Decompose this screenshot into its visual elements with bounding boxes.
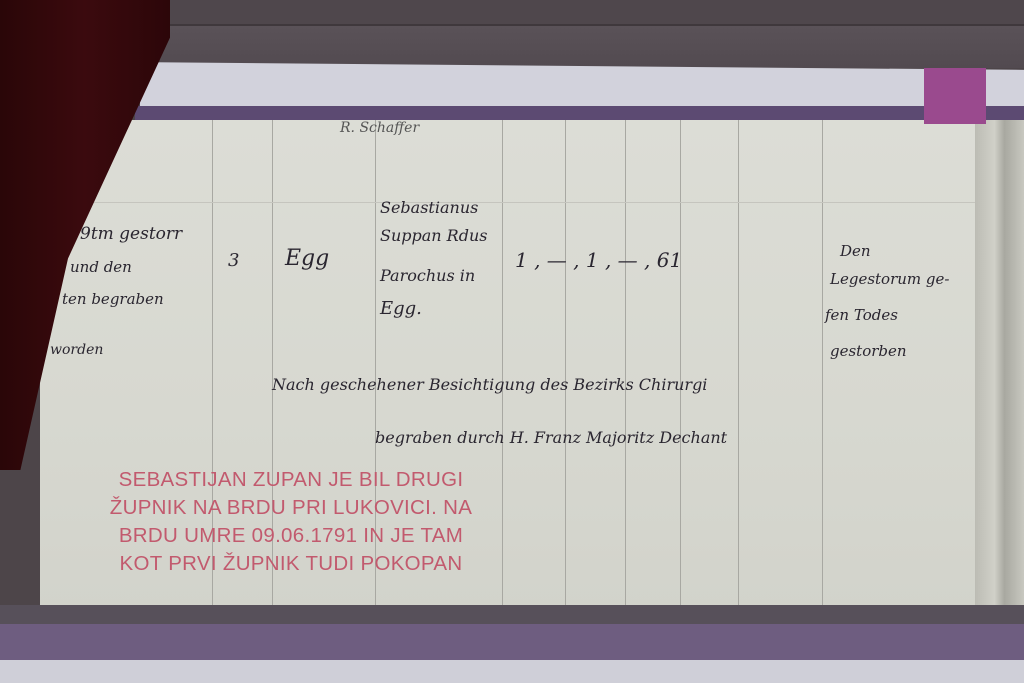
caption-line-1: SEBASTIJAN ZUPAN JE BIL DRUGI bbox=[44, 466, 538, 494]
slide-header-band bbox=[135, 106, 1024, 120]
name-line-1: Sebastianus bbox=[380, 198, 478, 217]
column-rule bbox=[680, 120, 681, 612]
column-rule bbox=[738, 120, 739, 612]
remarks-line-1: Den bbox=[840, 242, 871, 260]
column-rule bbox=[625, 120, 626, 612]
row-rule bbox=[40, 202, 995, 203]
name-line-3: Parochus in bbox=[380, 266, 475, 285]
caption-line-4: KOT PRVI ŽUPNIK TUDI POKOPAN bbox=[44, 550, 538, 578]
tally-marks: 1 , — , 1 , — , 61 bbox=[515, 248, 682, 272]
left-line-4: worden bbox=[50, 342, 103, 358]
slide-footer-band bbox=[0, 624, 1024, 662]
left-line-2: und den bbox=[70, 258, 132, 276]
wall-band bbox=[160, 24, 1024, 68]
name-line-4: Egg. bbox=[380, 298, 422, 319]
remarks-line-4: gestorben bbox=[830, 342, 907, 360]
note-line-1: Nach geschehener Besichtigung des Bezirk… bbox=[272, 375, 707, 394]
slide-footer-strip bbox=[0, 660, 1024, 683]
left-line-1: 9tm gestorr bbox=[80, 224, 182, 244]
caption-line-3: BRDU UMRE 09.06.1791 IN JE TAM bbox=[44, 522, 538, 550]
left-line-3: ten begraben bbox=[62, 290, 164, 308]
top-fragment: R. Schaffer bbox=[340, 120, 419, 136]
note-line-2: begraben durch H. Franz Majoritz Dechant bbox=[375, 428, 727, 447]
place-name: Egg bbox=[285, 246, 329, 271]
column-rule bbox=[565, 120, 566, 612]
caption-line-2: ŽUPNIK NA BRDU PRI LUKOVICI. NA bbox=[44, 494, 538, 522]
remarks-line-2: Legestorum ge- bbox=[830, 270, 949, 288]
number-mark: 3 bbox=[228, 250, 239, 271]
remarks-line-3: fen Todes bbox=[825, 306, 898, 324]
column-rule bbox=[822, 120, 823, 612]
name-line-2: Suppan Rdus bbox=[380, 226, 487, 245]
slide-caption: SEBASTIJAN ZUPAN JE BIL DRUGI ŽUPNIK NA … bbox=[44, 466, 538, 578]
slide-accent-square bbox=[924, 68, 986, 124]
book-binding-edge bbox=[975, 120, 1024, 612]
